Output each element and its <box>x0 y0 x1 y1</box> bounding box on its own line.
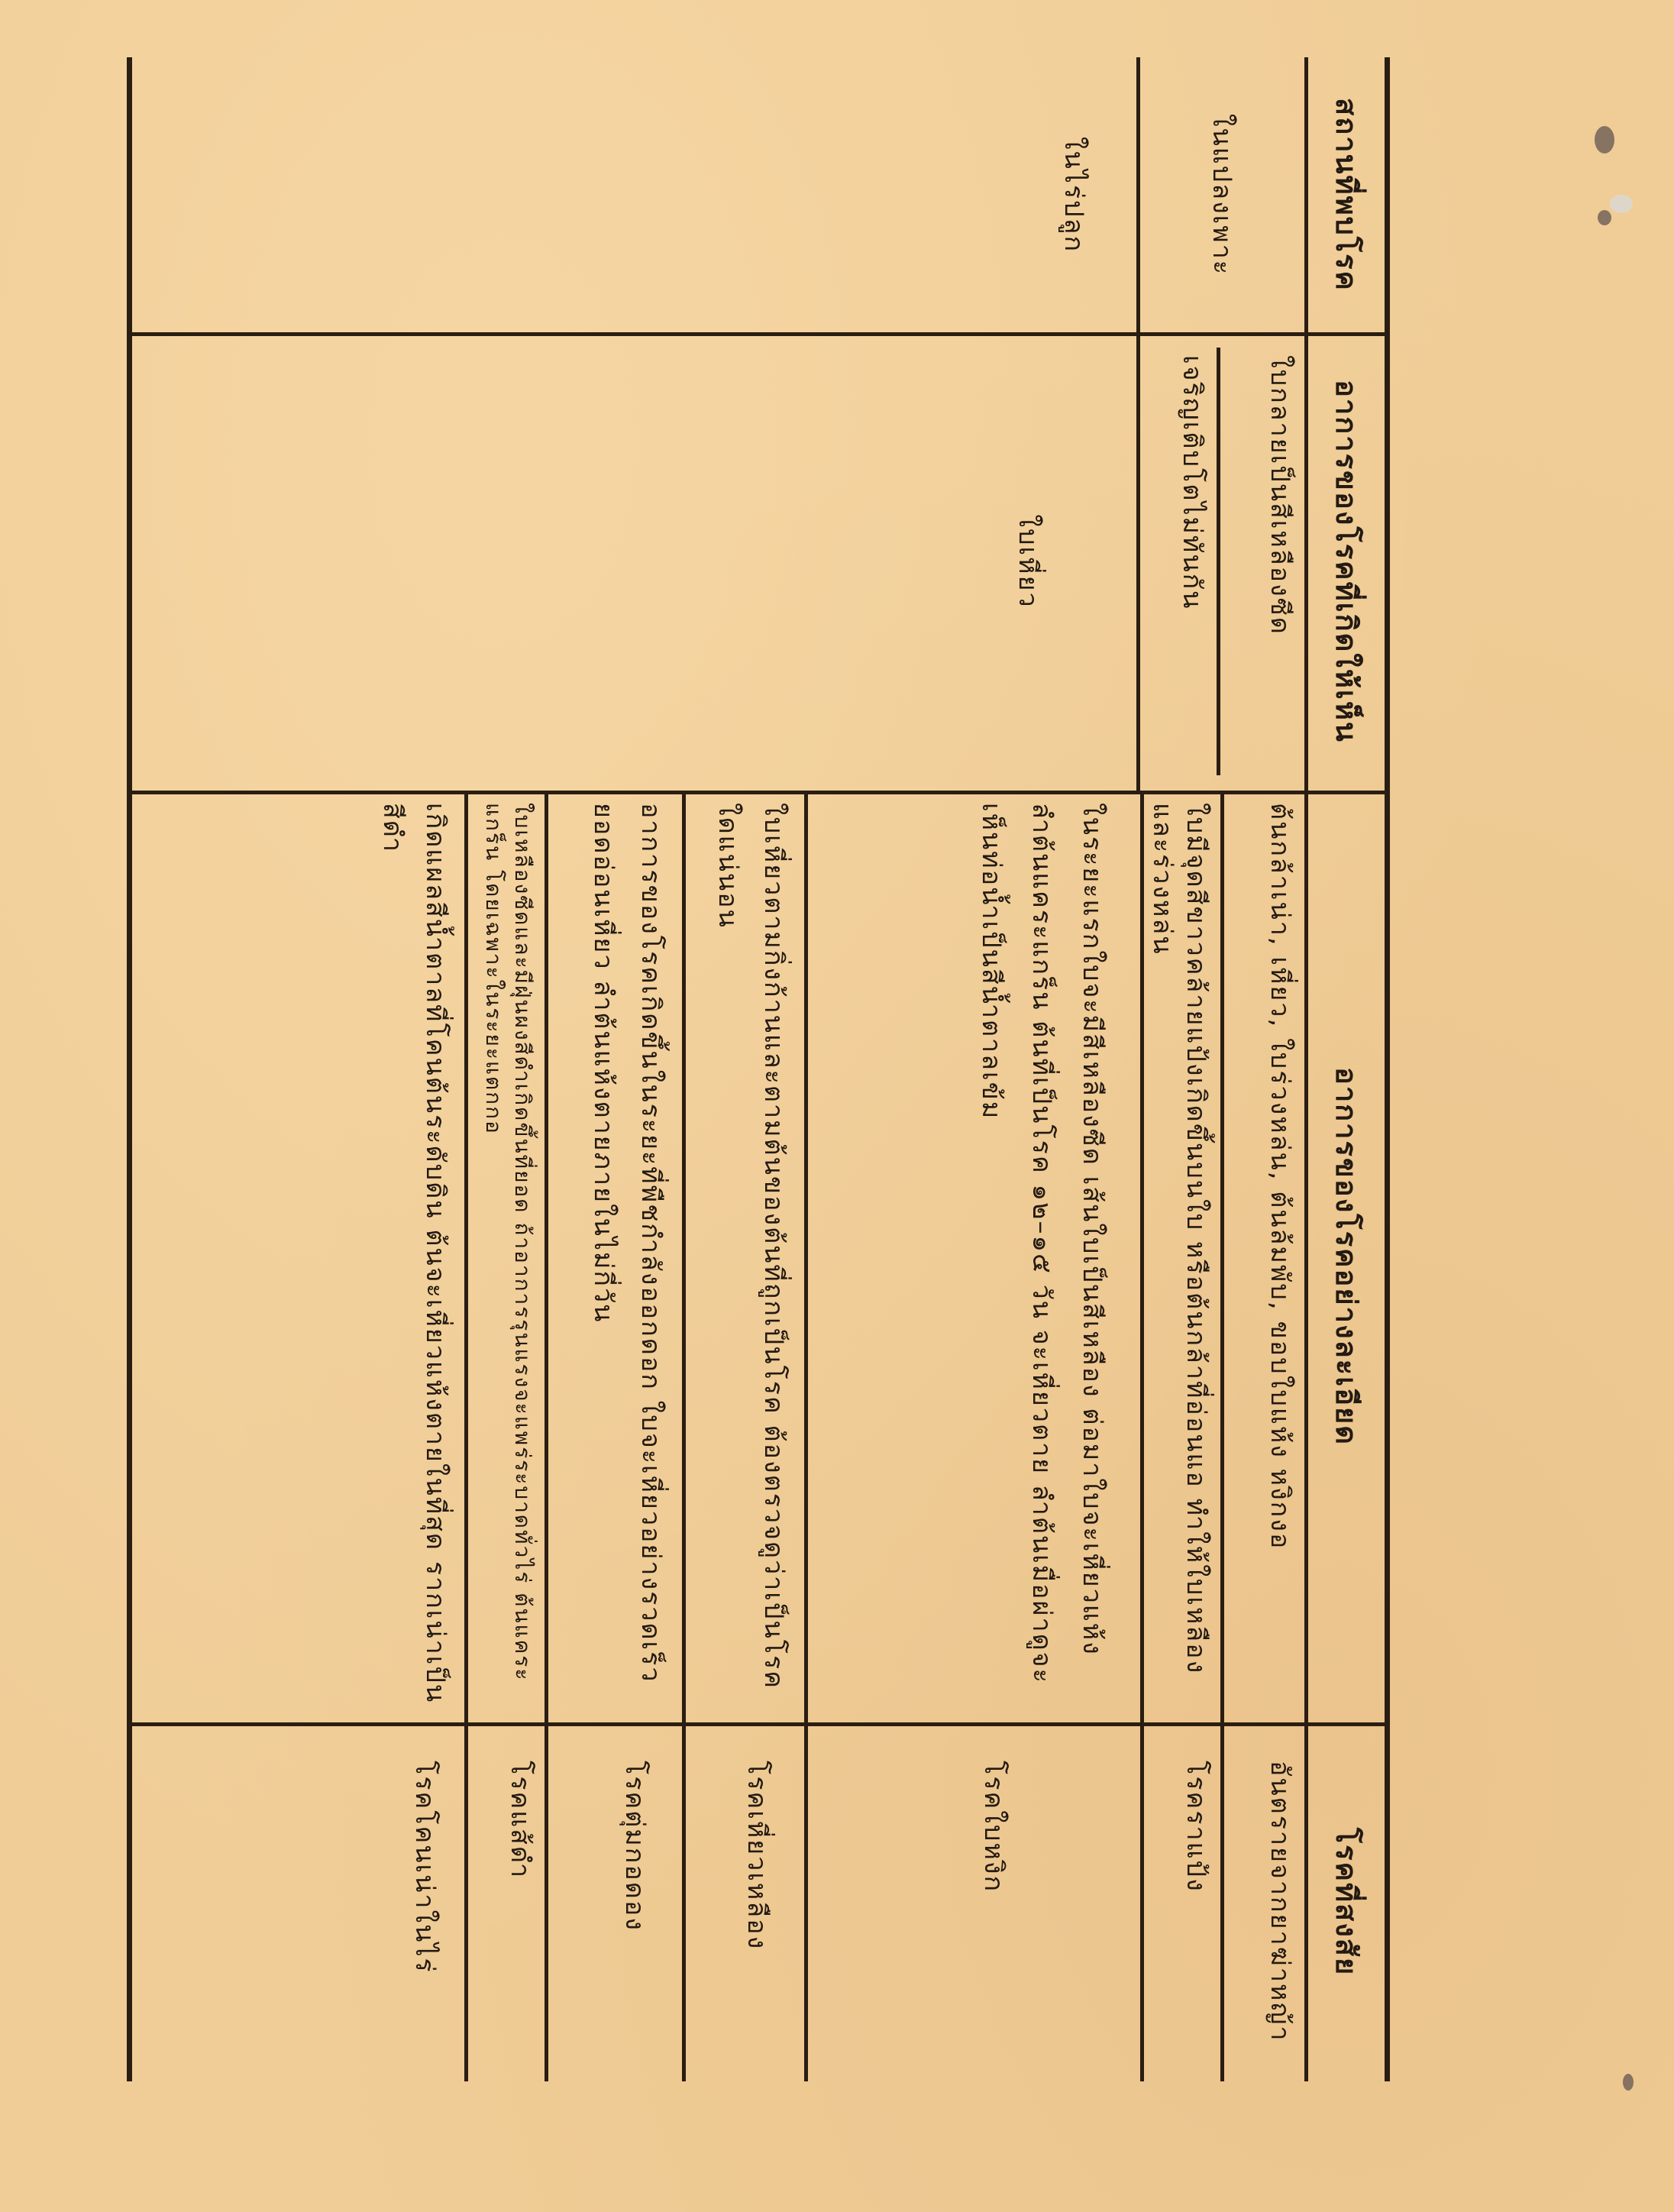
detail-cell: ในระยะแรกใบจะมีสีเหลืองซีด เส้นใบเป็นสีเ… <box>808 791 1140 1722</box>
row-divider <box>1136 332 1140 791</box>
paper-hole <box>1598 210 1611 225</box>
header-habitat: สถานที่พบโรค <box>1308 57 1385 332</box>
disease-cell: โรคเหี่ยวเหลือง <box>686 1722 804 2081</box>
location-column: ใบกลายเป็นสีเหลืองซีด เจริญเติบโตไม่ทันก… <box>132 332 1304 791</box>
header-detail: อาการของโรคอย่างละเอียด <box>1308 791 1385 1722</box>
location-uneven-growth: เจริญเติบโตไม่ทันกัน <box>1140 332 1217 791</box>
habitat-column: ในแปลงเพาะ ในไร่ปลูก <box>132 57 1304 332</box>
detail-cell: ใบเหลืองซีดและมีฝุ่นผงสีดำเกิดขึ้นที่ยอด… <box>468 791 545 1722</box>
paper-hole <box>1595 126 1614 154</box>
column-divider <box>132 1722 1304 1726</box>
disease-cell: โรคใบหงิก <box>808 1722 1140 2081</box>
table-row: ในระยะแรกใบจะมีสีเหลืองซีด เส้นใบเป็นสีเ… <box>804 791 1140 2081</box>
header-location: อาการของโรคที่เกิดให้เห็น <box>1308 332 1385 791</box>
table-row: อาการของโรคเกิดขึ้นในระยะที่พืชกำลังออกด… <box>545 791 682 2081</box>
habitat-field: ในไร่ปลูก <box>617 57 1136 332</box>
disease-cell: โรคราแป้ง <box>1144 1722 1220 2081</box>
disease-cell: โรคแส้ดำ <box>468 1722 545 2081</box>
disease-cell: โรคตุ่มกอดอง <box>548 1722 682 2081</box>
location-wilting: ใบเหี่ยว <box>617 332 1136 791</box>
detail-cell: อาการของโรคเกิดขึ้นในระยะที่พืชกำลังออกด… <box>548 791 682 1722</box>
disease-symptom-table: สถานที่พบโรค อาการของโรคที่เกิดให้เห็น อ… <box>127 57 1390 2081</box>
table-row: ใบเหี่ยวตามกิ่งก้านและตามต้นของต้นที่ถูก… <box>682 791 804 2081</box>
row-divider <box>1136 57 1140 332</box>
row-divider <box>1217 348 1220 775</box>
rotated-table-stage: สถานที่พบโรค อาการของโรคที่เกิดให้เห็น อ… <box>137 57 1390 2081</box>
habitat-seedbed: ในแปลงเพาะ <box>1140 57 1304 332</box>
table-header-row: สถานที่พบโรค อาการของโรคที่เกิดให้เห็น อ… <box>1304 57 1385 2081</box>
detail-rows: ต้นกล้าเน่า, เหี่ยว, ใบร่วงหล่น, ต้นล้มพ… <box>132 791 1304 2081</box>
table-row: ใบเหลืองซีดและมีฝุ่นผงสีดำเกิดขึ้นที่ยอด… <box>464 791 545 2081</box>
table-row: เกิดแผลสีน้ำตาลที่โคนต้นระดับดิน ต้นจะเห… <box>334 791 464 2081</box>
detail-cell: ใบเหี่ยวตามกิ่งก้านและตามต้นของต้นที่ถูก… <box>686 791 804 1722</box>
detail-cell: ต้นกล้าเน่า, เหี่ยว, ใบร่วงหล่น, ต้นล้มพ… <box>1224 791 1304 1722</box>
disease-cell: อันตรายจากยาฆ่าหญ้า <box>1224 1722 1304 2081</box>
location-yellowing: ใบกลายเป็นสีเหลืองซีด <box>1220 332 1304 791</box>
paper-hole <box>1623 2074 1634 2091</box>
paper-hole <box>1610 195 1633 213</box>
disease-cell: โรคโคนเน่าในไร่ <box>334 1722 464 2081</box>
table-row: ต้นกล้าเน่า, เหี่ยว, ใบร่วงหล่น, ต้นล้มพ… <box>1220 791 1304 2081</box>
detail-cell: ใบมีจุดสีขาวคล้ายแป้งเกิดขึ้นบนใบ หรือต้… <box>1144 791 1220 1722</box>
header-disease: โรคที่สงสัย <box>1308 1722 1385 2081</box>
table-row: ใบมีจุดสีขาวคล้ายแป้งเกิดขึ้นบนใบ หรือต้… <box>1140 791 1220 2081</box>
detail-cell: เกิดแผลสีน้ำตาลที่โคนต้นระดับดิน ต้นจะเห… <box>334 791 464 1722</box>
